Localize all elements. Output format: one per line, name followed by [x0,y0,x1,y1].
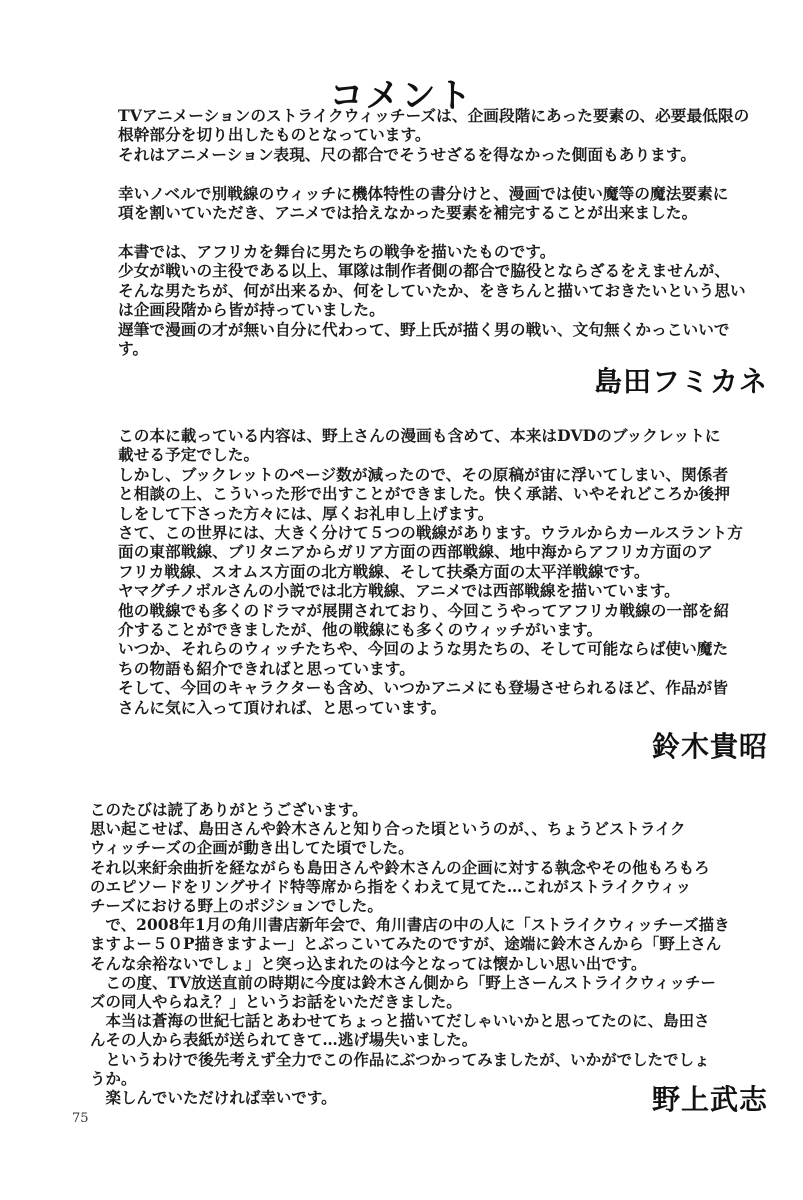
page-number: 75 [72,1111,89,1126]
author-signature-nogami: 野上武志 [652,1078,768,1118]
author-signature-shimada: 島田フミカネ [594,360,768,400]
comment-paragraph: 本書では、アフリカを舞台に男たちの戦争を描いたものです。 少女が戦いの主役である… [118,242,798,358]
comment-paragraph: このたびは読了ありがとうございます。 思い起こせば、島田さんや鈴木さんと知り合っ… [90,801,790,1108]
comment-paragraph: 幸いノベルで別戦線のウィッチに機体特性の書分けと、漫画では使い魔等の魔法要素に … [118,184,798,223]
comment-paragraph: TVアニメーションのストライクウィッチーズは、企画段階にあった要素の、必要最低限… [118,106,798,164]
author-signature-suzuki: 鈴木貴昭 [652,725,768,765]
comment-paragraph: この本に載っている内容は、野上さんの漫画も含めて、本来はDVDのブックレットに … [118,426,798,717]
